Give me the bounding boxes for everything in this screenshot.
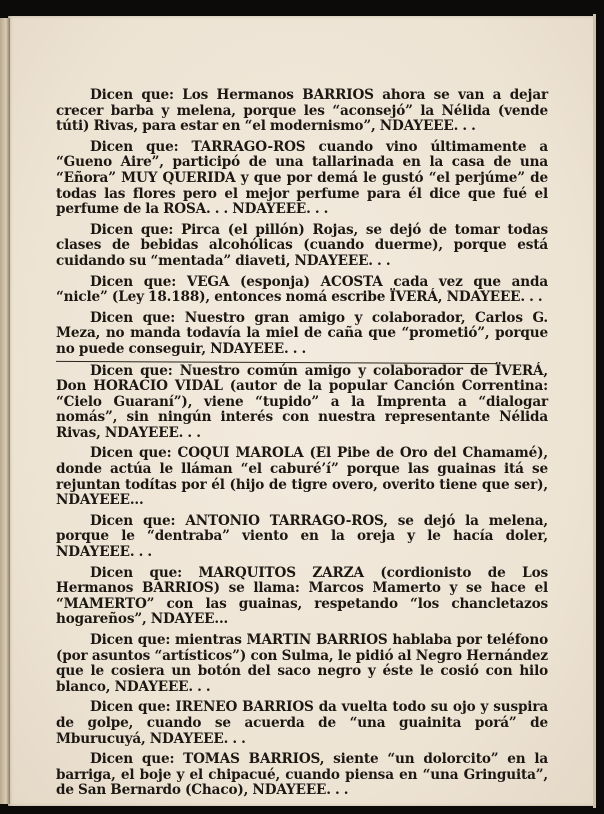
page-right-edge [593,14,596,808]
document-body: Dicen que: Los Hermanos BARRIOS ahora se… [56,88,548,804]
paragraph-11: Dicen que: IRENEO BARRIOS da vuelta todo… [56,700,548,747]
paragraph-8: Dicen que: ANTONIO TARRAGO-ROS, se dejó … [56,514,548,561]
paragraph-9: Dicen que: MARQUITOS ZARZA (cordionisto … [56,566,548,628]
paragraph-2: Dicen que: TARRAGO-ROS cuando vino últim… [56,140,548,218]
paragraph-10: Dicen que: mientras MARTIN BARRIOS habla… [56,633,548,695]
paragraph-12: Dicen que: TOMAS BARRIOS, siente “un dol… [56,752,548,799]
paragraph-7: Dicen que: COQUI MAROLA (El Pibe de Oro … [56,446,548,508]
paragraph-4: Dicen que: VEGA (esponja) ACOSTA cada ve… [56,275,548,306]
paragraph-1: Dicen que: Los Hermanos BARRIOS ahora se… [56,88,548,135]
paragraph-3: Dicen que: Pirca (el pillón) Rojas, se d… [56,223,548,270]
paragraph-6: Dicen que: Nuestro común amigo y colabor… [56,364,548,442]
page-binding-edge [0,18,10,804]
paragraph-5: Dicen que: Nuestro gran amigo y colabora… [56,311,548,358]
